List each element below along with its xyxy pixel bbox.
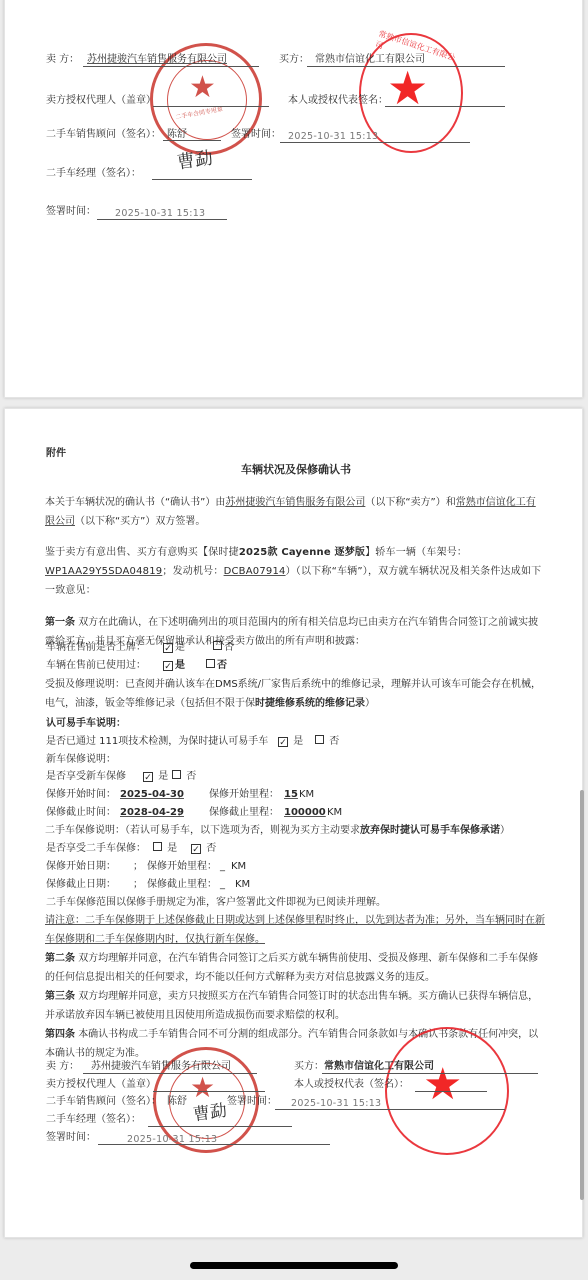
checkbox-checked-icon[interactable]: ✓: [191, 844, 201, 854]
approved-heading: 认可易手车说明：: [46, 717, 126, 730]
sig-time-label: 签署时间：: [227, 1095, 277, 1108]
approved-question: 是否已通过 111项技术检测，为保时捷认可易手车: [46, 735, 268, 748]
checkbox-empty-icon[interactable]: [213, 641, 222, 650]
buyer-value: 常熟市信谊化工有限公司: [315, 53, 425, 66]
sig-buyer-value: 常熟市信谊化工有限公司: [324, 1060, 434, 1073]
sign-time2-label: 签署时间：: [46, 205, 96, 218]
nw-start-time-label: 保修开始时间：: [46, 788, 116, 801]
vehicle-model: 2025款 Cayenne 逐梦版: [239, 547, 365, 558]
sig-agent-label: 卖方授权代理人（盖章）: [46, 1078, 156, 1091]
star-icon: ★: [387, 65, 428, 111]
sign-time-label: 签署时间：: [231, 128, 281, 141]
nw-end-km-label: 保修截止里程：: [209, 806, 279, 819]
sig-seller-value: 苏州捷骏汽车销售服务有限公司: [91, 1060, 231, 1073]
sig-manager-label: 二手车经理（签名）：: [46, 1113, 141, 1126]
seller-agent-label: 卖方授权代理人（盖章）: [46, 94, 156, 107]
attachment-label: 附件: [46, 447, 66, 460]
engine-number: DCBA07914: [224, 566, 286, 577]
attention-note: 请注意：二手车保修期于上述保修截止日期或达到上述保修里程时终止，以先到达者为准；…: [45, 911, 545, 949]
checkbox-checked-icon[interactable]: ✓: [163, 661, 173, 671]
vehicle-paragraph: 鉴于卖方有意出售、买方有意购买【保时捷2025款 Cayenne 逐梦版】轿车一…: [45, 543, 545, 600]
article-2: 第二条 双方均理解并同意，在汽车销售合同签订之后买方就车辆售前使用、受损及修理、…: [45, 949, 545, 987]
sig-seller-label: 卖 方：: [46, 1060, 79, 1073]
uw-end-date-label: 保修截止日期：: [46, 878, 116, 891]
star-icon: ★: [190, 1074, 215, 1102]
document-page-2: 附件 车辆状况及保修确认书 本关于车辆状况的确认书（“确认书”）由苏州捷骏汽车销…: [4, 408, 583, 1238]
new-warranty-question: 是否享受新车保修: [46, 770, 126, 783]
seller-value: 苏州捷骏汽车销售服务有限公司: [87, 53, 227, 66]
repair-paragraph: 受损及修理说明：已查阅并确认该车在DMS系统/厂家售后系统中的维修记录，理解并认…: [45, 675, 545, 713]
home-indicator[interactable]: [190, 1262, 398, 1269]
article-3: 第三条 双方均理解并同意，卖方只按照买方在汽车销售合同签订时的状态出售车辆。买方…: [45, 987, 545, 1025]
nw-start-time: 2025-04-30: [120, 788, 184, 801]
nw-start-km-label: 保修开始里程：: [209, 788, 279, 801]
used-warranty-note: 二手车保修说明：（若认可易手车，以下选项为否，则视为买方主动要求放弃保时捷认可易…: [45, 821, 545, 840]
buyer-rep-label: 本人或授权代表签名：: [288, 94, 388, 107]
plated-label: 车辆在售前是否上牌：: [46, 641, 146, 654]
scope-note: 二手车保修范围以保修手册规定为准，客户签署此文件即视为已阅读并理解。: [46, 896, 386, 909]
checkbox-checked-icon[interactable]: ✓: [278, 737, 288, 747]
used-warranty-yes-option[interactable]: 是: [153, 842, 177, 855]
new-warranty-yes-option[interactable]: ✓ 是: [143, 770, 168, 783]
sig-buyer-label: 买方：: [294, 1060, 324, 1073]
buyer-label: 买方：: [279, 53, 309, 66]
approved-no-option[interactable]: 否: [315, 735, 339, 748]
checkbox-checked-icon[interactable]: ✓: [143, 772, 153, 782]
approved-yes-option[interactable]: ✓ 是: [278, 735, 303, 748]
checkbox-empty-icon[interactable]: [172, 770, 181, 779]
uw-end-km-label: 保修截止里程：: [147, 878, 217, 891]
uw-start-date-label: 保修开始日期：: [46, 860, 116, 873]
vin-value: WP1AA29Y5SDA04819: [45, 566, 162, 577]
used-label: 车辆在售前已使用过：: [46, 659, 146, 672]
manager-handwritten-signature: 曹勐: [176, 149, 214, 174]
checkbox-checked-icon[interactable]: ✓: [163, 643, 173, 653]
used-warranty-question: 是否享受二手车保修：: [46, 842, 146, 855]
sig-advisor-label: 二手车销售顾问（签名）：: [46, 1095, 161, 1108]
seller-label: 卖 方：: [46, 53, 79, 66]
sig-rep-label: 本人或授权代表（签名）：: [294, 1078, 409, 1091]
new-warranty-heading: 新车保修说明：: [46, 753, 116, 766]
intro-seller: 苏州捷骏汽车销售服务有限公司: [225, 497, 365, 508]
checkbox-empty-icon[interactable]: [153, 842, 162, 851]
used-yes-option[interactable]: ✓是: [163, 659, 185, 672]
plated-yes-option[interactable]: ✓是: [163, 641, 185, 654]
nw-end-time: 2028-04-29: [120, 806, 184, 819]
nw-end-time-label: 保修截止时间：: [46, 806, 116, 819]
used-warranty-no-option[interactable]: ✓ 否: [191, 842, 216, 855]
document-title: 车辆状况及保修确认书: [241, 463, 351, 476]
used-no-option[interactable]: 否: [206, 659, 227, 672]
intro-paragraph: 本关于车辆状况的确认书（“确认书”）由苏州捷骏汽车销售服务有限公司（以下称“卖方…: [45, 493, 545, 531]
vertical-scrollbar[interactable]: [580, 790, 584, 1200]
nw-start-km: 15: [284, 788, 298, 801]
nw-end-km: 100000: [284, 806, 326, 819]
manager-label: 二手车经理（签名）：: [46, 167, 141, 180]
uw-start-km-label: 保修开始里程：: [147, 860, 217, 873]
sig-time2-label: 签署时间：: [46, 1131, 96, 1144]
sig-advisor-signature: 陈舒: [167, 1095, 187, 1108]
advisor-label: 二手车销售顾问（签名）：: [46, 128, 161, 141]
checkbox-empty-icon[interactable]: [206, 659, 215, 668]
new-warranty-no-option[interactable]: 否: [172, 770, 196, 783]
checkbox-empty-icon[interactable]: [315, 735, 324, 744]
plated-no-option[interactable]: 否: [213, 641, 234, 654]
star-icon: ★: [189, 73, 216, 103]
document-page-1: ★ 二手车合同专用章 ★ 常熟市信谊化工有限公司 卖 方： 苏州捷骏汽车销售服务…: [4, 0, 583, 398]
